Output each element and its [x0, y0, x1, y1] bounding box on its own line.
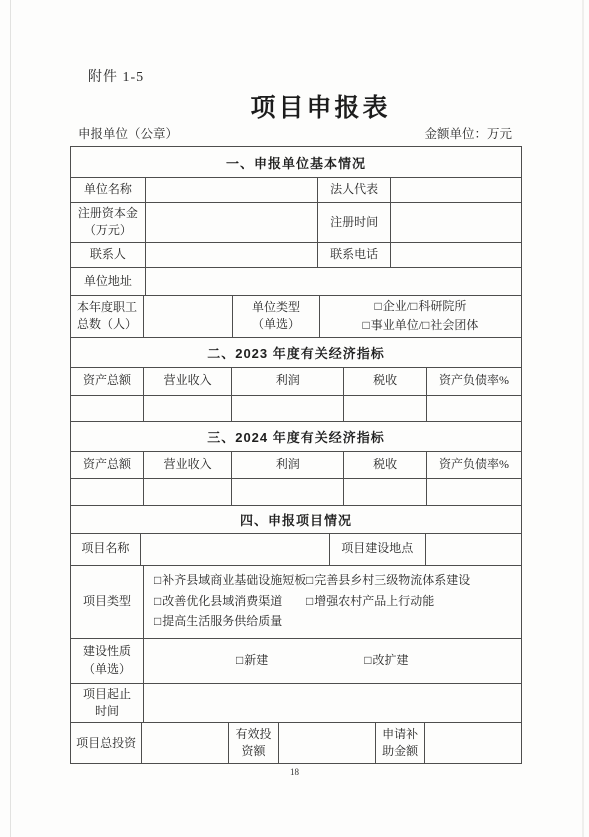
construction-nature-option-label: 新建: [244, 653, 268, 667]
unit-address-label: 单位地址: [71, 268, 145, 295]
table-row: 项目总投资 有效投 资额 申请补 助金额: [71, 722, 521, 763]
project-location-value-cell: [425, 534, 521, 565]
project-period-value-cell: [143, 684, 521, 723]
value-cell: [231, 479, 343, 505]
table-row: 项目名称 项目建设地点: [71, 533, 521, 565]
total-investment-label: 项目总投资: [71, 723, 141, 763]
legal-representative-label: 法人代表: [317, 178, 390, 202]
unit-name-value-cell: [145, 178, 317, 202]
column-header-total-assets: 资产总额: [71, 368, 143, 395]
registered-capital-label: 注册资本金 （万元）: [71, 203, 145, 242]
value-cell: [426, 396, 521, 421]
project-name-label: 项目名称: [71, 534, 140, 565]
column-header-revenue: 营业收入: [143, 452, 231, 478]
construction-nature-options-cell: □新建 □改扩建: [143, 639, 521, 683]
table-row: 单位地址: [71, 267, 521, 295]
declare-unit-label: 申报单位（公章）: [78, 124, 178, 142]
value-cell: [426, 479, 521, 505]
project-type-option-label: 提高生活服务供给质量: [162, 614, 282, 628]
project-type-option-label: 完善县乡村三级物流体系建设: [314, 573, 470, 587]
checkbox-icon: □: [422, 318, 429, 332]
unit-type-option-institution: 事业单位: [371, 318, 419, 332]
checkbox-icon: □: [306, 594, 313, 608]
construction-nature-option-new: □新建: [236, 652, 268, 669]
section2-title: 二、2023 年度有关经济指标: [71, 337, 521, 367]
checkbox-icon: □: [375, 299, 382, 313]
unit-address-value-cell: [145, 268, 521, 295]
construction-nature-label: 建设性质 （单选）: [71, 639, 143, 683]
contact-phone-value-cell: [390, 243, 521, 267]
unit-type-label: 单位类型 （单选）: [232, 296, 319, 337]
checkbox-icon: □: [306, 573, 313, 587]
project-type-options-cell: □补齐县域商业基础设施短板 □完善县乡村三级物流体系建设 □改善优化县域消费渠道…: [143, 566, 521, 638]
section4-title: 四、申报项目情况: [71, 505, 521, 533]
value-cell: [231, 396, 343, 421]
unit-type-option-research: 科研院所: [418, 299, 466, 313]
column-header-tax: 税收: [343, 452, 426, 478]
unit-type-option-enterprise: 企业: [383, 299, 407, 313]
registration-time-label: 注册时间: [317, 203, 390, 242]
project-type-label: 项目类型: [71, 566, 143, 638]
checkbox-icon: □: [236, 653, 243, 667]
form-title: 项目申报表: [250, 88, 390, 124]
project-type-option-label: 增强农村产品上行动能: [314, 594, 434, 608]
checkbox-icon: □: [363, 318, 370, 332]
section3-title: 三、2024 年度有关经济指标: [71, 421, 521, 451]
total-investment-value-cell: [141, 723, 228, 763]
subheader-row: 申报单位（公章） 金额单位：万元: [78, 124, 512, 142]
project-type-option: □完善县乡村三级物流体系建设: [306, 572, 470, 589]
table-row: 本年度职工 总数（人） 单位类型 （单选） □企业/□科研院所 □事业单位/□社…: [71, 295, 521, 337]
unit-name-label: 单位名称: [71, 178, 145, 202]
table-row: 单位名称 法人代表: [71, 177, 521, 202]
value-cell: [143, 479, 231, 505]
checkbox-icon: □: [154, 594, 161, 608]
scan-page-edge: [582, 0, 584, 837]
column-header-debt-ratio: 资产负债率%: [426, 452, 521, 478]
project-period-label: 项目起止 时间: [71, 684, 143, 723]
subsidy-amount-label: 申请补 助金额: [375, 723, 424, 763]
project-type-option: □提高生活服务供给质量: [154, 613, 282, 630]
value-cell: [343, 396, 426, 421]
effective-investment-value-cell: [278, 723, 375, 763]
unit-type-options-line1: □企业/□科研院所: [375, 298, 467, 315]
column-header-profit: 利润: [231, 368, 343, 395]
economic-header-row-2023: 资产总额 营业收入 利润 税收 资产负债率%: [71, 367, 521, 395]
attachment-label: 附件 1-5: [88, 66, 144, 86]
table-row: 注册资本金 （万元） 注册时间: [71, 202, 521, 242]
checkbox-icon: □: [364, 653, 371, 667]
table-row: 建设性质 （单选） □新建 □改扩建: [71, 638, 521, 683]
document-page: 附件 1-5 项目申报表 申报单位（公章） 金额单位：万元 一、申报单位基本情况…: [0, 0, 589, 837]
unit-type-options-line2: □事业单位/□社会团体: [363, 317, 479, 334]
construction-nature-option-expand: □改扩建: [364, 652, 408, 669]
project-type-option-label: 改善优化县域消费渠道: [162, 594, 282, 608]
staff-total-value-cell: [143, 296, 232, 337]
table-row: 项目起止 时间: [71, 683, 521, 723]
construction-nature-option-label: 改扩建: [373, 653, 409, 667]
section1-title: 一、申报单位基本情况: [71, 147, 521, 177]
project-type-option: □补齐县域商业基础设施短板: [154, 572, 306, 589]
checkbox-icon: □: [410, 299, 417, 313]
economic-header-row-2024: 资产总额 营业收入 利润 税收 资产负债率%: [71, 451, 521, 478]
application-form-table: 一、申报单位基本情况 单位名称 法人代表 注册资本金 （万元） 注册时间 联系人…: [70, 146, 522, 764]
project-type-option: □改善优化县域消费渠道: [154, 593, 282, 610]
column-header-debt-ratio: 资产负债率%: [426, 368, 521, 395]
contact-person-label: 联系人: [71, 243, 145, 267]
registration-time-value-cell: [390, 203, 521, 242]
contact-phone-label: 联系电话: [317, 243, 390, 267]
subsidy-amount-value-cell: [424, 723, 521, 763]
table-row: 联系人 联系电话: [71, 242, 521, 267]
value-cell: [71, 479, 143, 505]
page-number: 18: [0, 767, 589, 777]
project-type-option: □增强农村产品上行动能: [306, 593, 434, 610]
value-cell: [143, 396, 231, 421]
checkbox-icon: □: [154, 573, 161, 587]
unit-type-options-cell: □企业/□科研院所 □事业单位/□社会团体: [319, 296, 521, 337]
column-header-tax: 税收: [343, 368, 426, 395]
project-type-option-label: 补齐县域商业基础设施短板: [162, 573, 306, 587]
column-header-profit: 利润: [231, 452, 343, 478]
legal-representative-value-cell: [390, 178, 521, 202]
unit-type-option-social-group: 社会团体: [430, 318, 478, 332]
project-name-value-cell: [140, 534, 329, 565]
scan-page-edge: [10, 0, 11, 837]
checkbox-icon: □: [154, 614, 161, 628]
value-cell: [71, 396, 143, 421]
table-row: 项目类型 □补齐县域商业基础设施短板 □完善县乡村三级物流体系建设 □改善优化县…: [71, 565, 521, 638]
column-header-total-assets: 资产总额: [71, 452, 143, 478]
effective-investment-label: 有效投 资额: [228, 723, 278, 763]
contact-person-value-cell: [145, 243, 317, 267]
value-cell: [343, 479, 426, 505]
staff-total-label: 本年度职工 总数（人）: [71, 296, 143, 337]
amount-unit-label: 金额单位：万元: [424, 124, 512, 142]
column-header-revenue: 营业收入: [143, 368, 231, 395]
economic-data-row-2024: [71, 478, 521, 505]
project-location-label: 项目建设地点: [329, 534, 425, 565]
registered-capital-value-cell: [145, 203, 317, 242]
economic-data-row-2023: [71, 395, 521, 421]
